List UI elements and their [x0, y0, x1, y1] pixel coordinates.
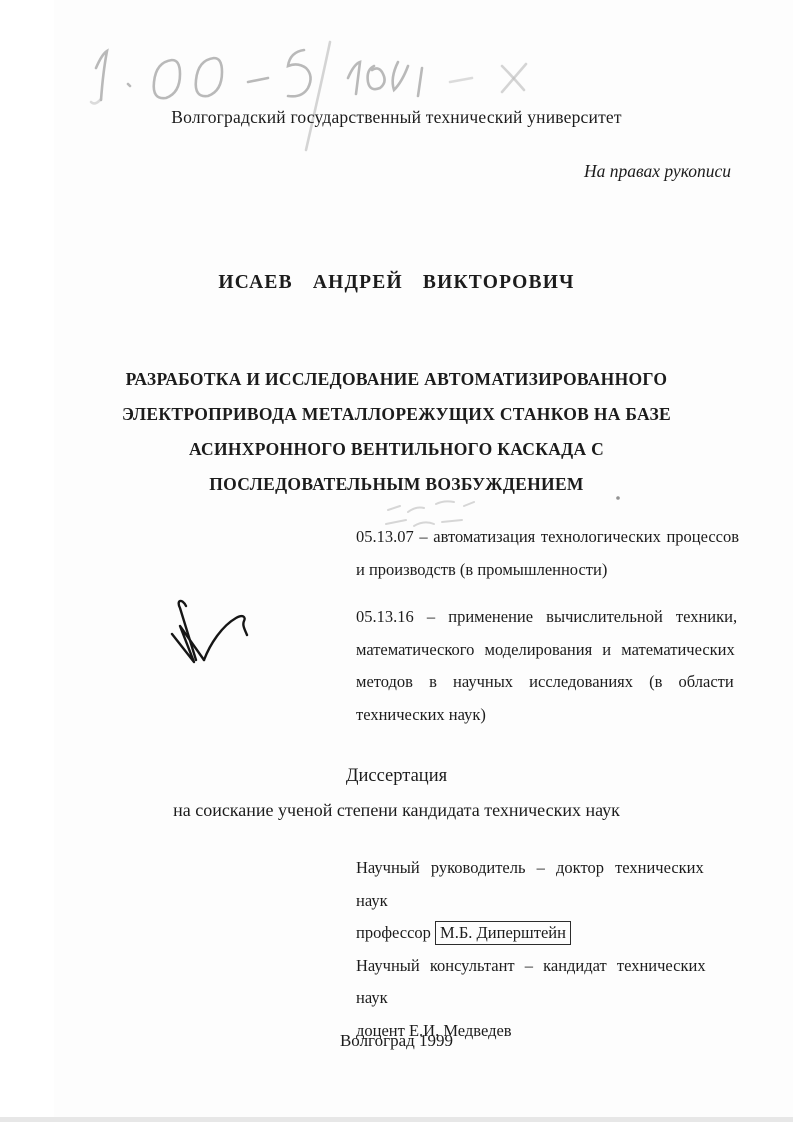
supervisor-line: Научный руководитель – доктор технически… — [356, 852, 742, 917]
inventory-number-handwriting-icon — [80, 36, 560, 168]
supervisor-name-boxed: М.Б. Диперштейн — [435, 921, 571, 945]
title-line: РАЗРАБОТКА И ИССЛЕДОВАНИЕ АВТОМАТИЗИРОВА… — [0, 362, 793, 397]
specialty-line: и производств (в промышленности) — [356, 554, 742, 587]
supervisor-title: профессор — [356, 923, 435, 942]
city-year: Волгоград 1999 — [0, 1031, 793, 1051]
document-type-label: Диссертация — [0, 766, 793, 787]
specialty-code-2: 05.13.16 – применение вычислительной тех… — [356, 601, 742, 731]
author-name: ИСАЕВ АНДРЕЙ ВИКТОРОВИЧ — [0, 272, 793, 294]
specialty-line: 05.13.07 – автоматизация технологических… — [356, 521, 742, 554]
scan-left-edge — [0, 0, 54, 1122]
title-line: АСИНХРОННОГО ВЕНТИЛЬНОГО КАСКАДА С — [0, 432, 793, 467]
specialty-line: математического моделирования и математи… — [356, 634, 742, 667]
specialty-code-1: 05.13.07 – автоматизация технологических… — [356, 521, 742, 586]
specialty-line: методов в научных исследованиях (в облас… — [356, 666, 742, 699]
supervisor-line: профессор М.Б. Диперштейн — [356, 917, 742, 950]
consultant-line: Научный консультант – кандидат техническ… — [356, 950, 742, 1015]
supervisors-block: Научный руководитель – доктор технически… — [356, 852, 742, 1047]
specialty-line: технических наук) — [356, 699, 742, 732]
scan-edge-shadow — [0, 1117, 793, 1122]
dissertation-title: РАЗРАБОТКА И ИССЛЕДОВАНИЕ АВТОМАТИЗИРОВА… — [0, 362, 793, 502]
specialty-line: 05.13.16 – применение вычислительной тех… — [356, 601, 742, 634]
university-name: Волгоградский государственный технически… — [0, 107, 793, 128]
signature-icon — [156, 590, 266, 676]
degree-line: на соискание ученой степени кандидата те… — [0, 800, 793, 821]
manuscript-rights-note: На правах рукописи — [584, 161, 731, 182]
dissertation-title-page: Волгоградский государственный технически… — [0, 0, 793, 1122]
title-line: ЭЛЕКТРОПРИВОДА МЕТАЛЛОРЕЖУЩИХ СТАНКОВ НА… — [0, 397, 793, 432]
